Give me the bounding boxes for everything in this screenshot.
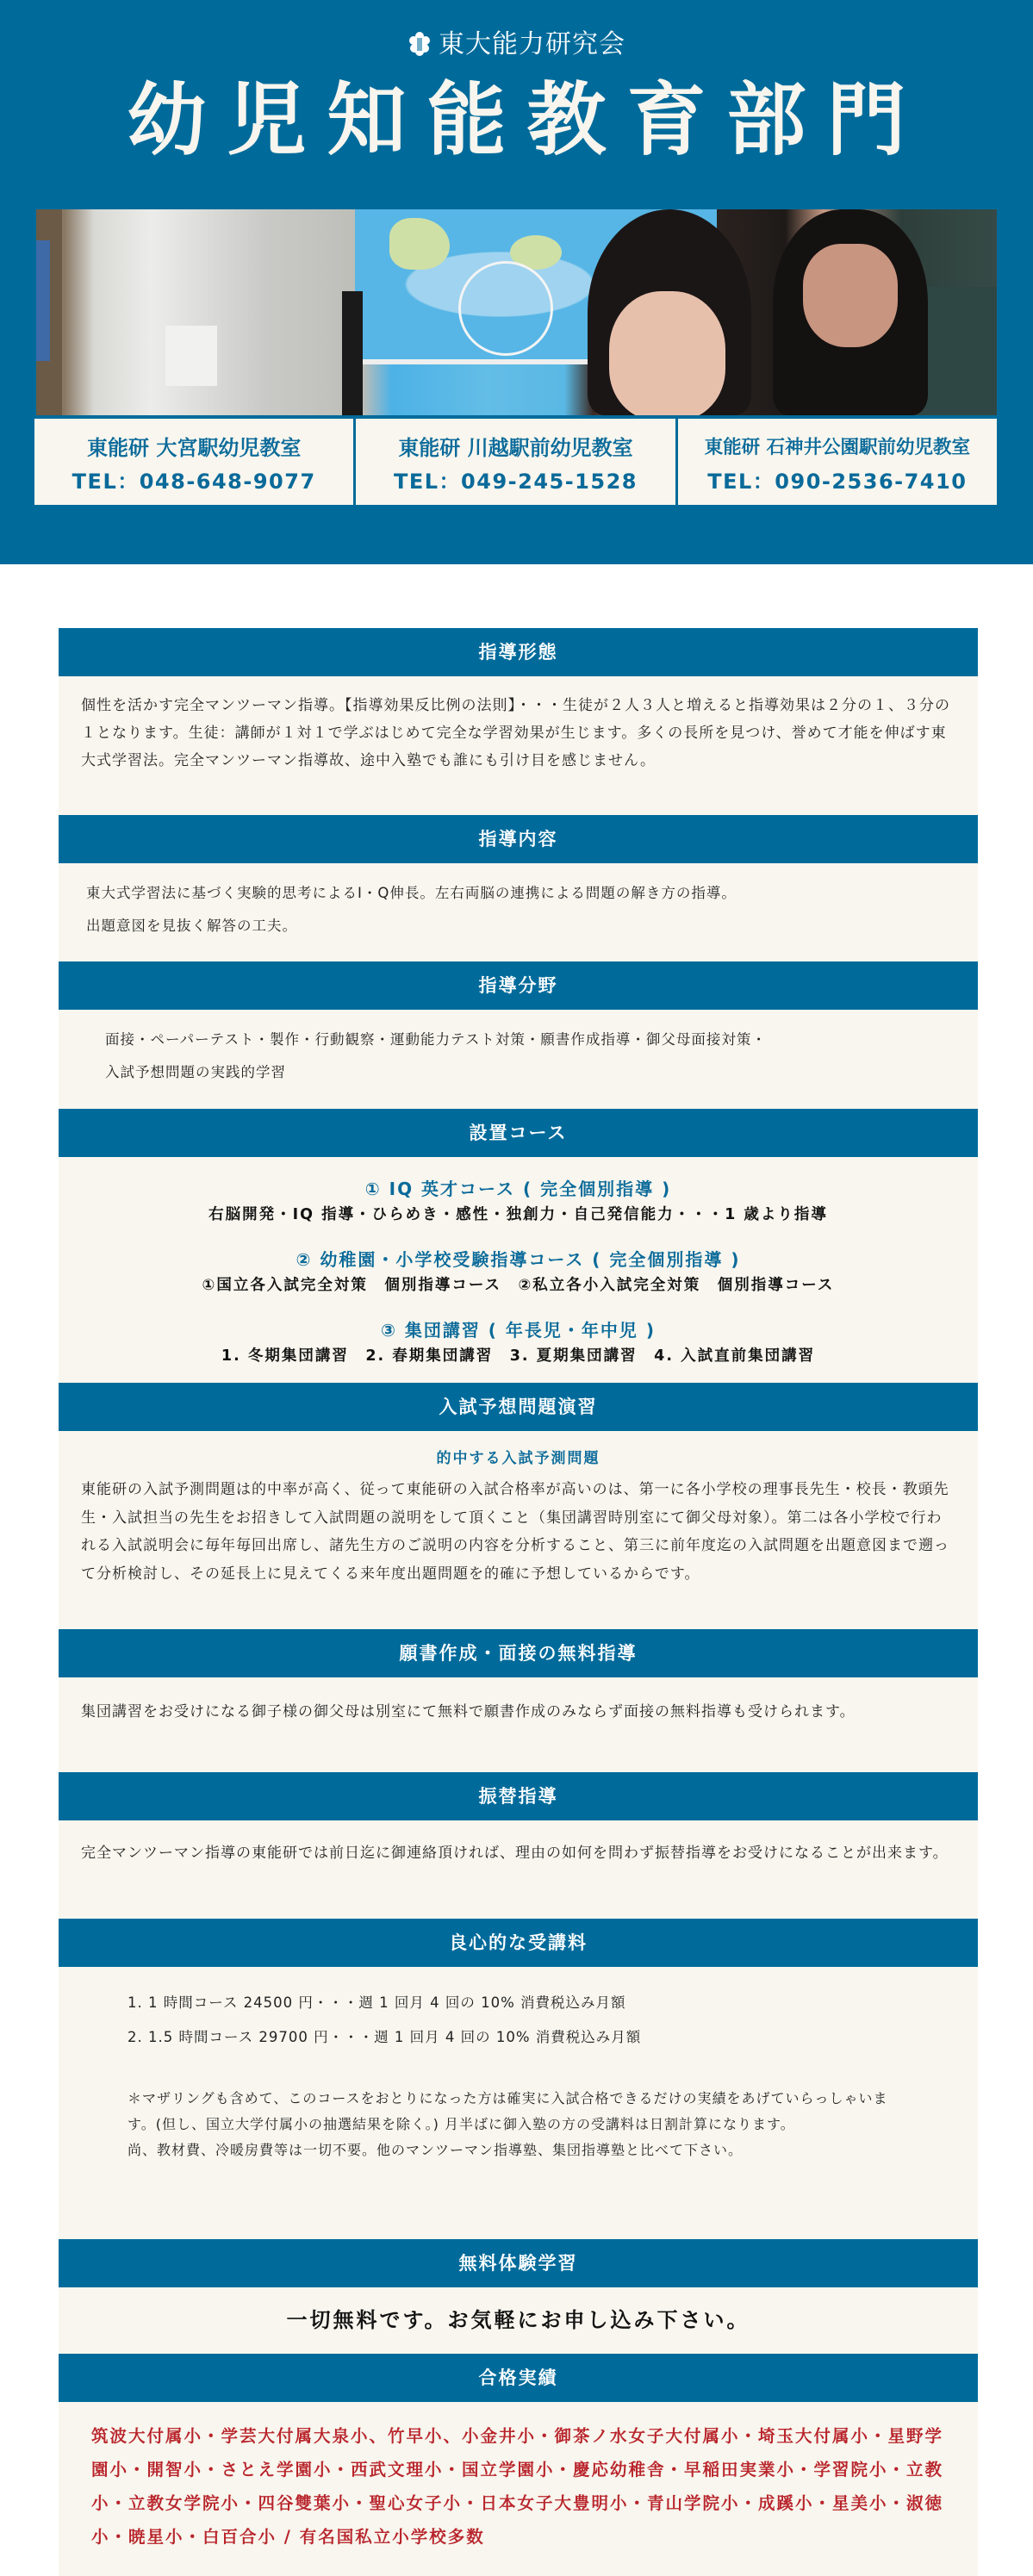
section-teaching-style: 指導形態 個性を活かす完全マンツーマン指導。【指導効果反比例の法則】・・・生徒が… bbox=[59, 628, 978, 815]
section-title: 良心的な受講料 bbox=[59, 1919, 978, 1967]
section-text: 集団講習をお受けになる御子様の御父母は別室にて無料で願書作成のみならず面接の無料… bbox=[81, 1695, 955, 1729]
branch-name: 東能研 石神井公園駅前幼児教室 bbox=[678, 433, 997, 463]
section-text: 出題意図を見抜く解答の工夫。 bbox=[86, 910, 950, 943]
photo-monitor bbox=[342, 291, 363, 415]
section-courses: 設置コース ① IQ 英才コース ( 完全個別指導 ) 右脳開発・IQ 指導・ひ… bbox=[59, 1109, 978, 1383]
branch-card-omiya[interactable]: 東能研 大宮駅幼児教室 TEL：048-648-9077 bbox=[34, 419, 353, 505]
course-title: ② 幼稚園・小学校受験指導コース ( 完全個別指導 ) bbox=[59, 1247, 978, 1272]
course-item: ③ 集団講習 ( 年長児・年中児 ) 1. 冬期集団講習 2. 春期集団講習 3… bbox=[59, 1317, 978, 1369]
fee-notes: ＊マザリングも含めて、このコースをおとりになった方は確実に入試合格できるだけの実… bbox=[128, 2086, 909, 2163]
section-title: 合格実績 bbox=[59, 2354, 978, 2402]
section-text: 東能研の入試予測問題は的中率が高く、従って東能研の入試合格率が高いのは、第一に各… bbox=[81, 1476, 955, 1588]
fee-item: 1. 1 時間コース 24500 円・・・週 1 回月 4 回の 10% 消費税… bbox=[128, 1986, 909, 2020]
section-free-trial: 無料体験学習 一切無料です。お気軽にお申し込み下さい。 bbox=[59, 2239, 978, 2354]
branch-tel[interactable]: TEL：048-648-9077 bbox=[34, 466, 353, 497]
section-text: 面接・ペーパーテスト・製作・行動観察・運動能力テスト対策・願書作成指導・御父母面… bbox=[105, 1024, 931, 1056]
section-title: 指導内容 bbox=[59, 815, 978, 863]
section-title: 入試予想問題演習 bbox=[59, 1383, 978, 1431]
course-title: ③ 集団講習 ( 年長児・年中児 ) bbox=[59, 1317, 978, 1343]
course-description: ①国立各入試完全対策 個別指導コース ②私立各小入試完全対策 個別指導コース bbox=[59, 1272, 978, 1298]
fee-note: 尚、教材費、冷暖房費等は一切不要。他のマンツーマン指導塾、集団指導塾と比べて下さ… bbox=[128, 2137, 909, 2163]
course-description: 右脳開発・IQ 指導・ひらめき・感性・独創力・自己発信能力・・・1 歳より指導 bbox=[59, 1202, 978, 1228]
section-title: 設置コース bbox=[59, 1109, 978, 1157]
course-item: ② 幼稚園・小学校受験指導コース ( 完全個別指導 ) ①国立各入試完全対策 個… bbox=[59, 1247, 978, 1298]
main-content: 指導形態 個性を活かす完全マンツーマン指導。【指導効果反比例の法則】・・・生徒が… bbox=[59, 628, 978, 2576]
section-teaching-content: 指導内容 東大式学習法に基づく実験的思考によるI・Q伸長。左右両脳の連携による問… bbox=[59, 815, 978, 961]
section-teaching-fields: 指導分野 面接・ペーパーテスト・製作・行動観察・運動能力テスト対策・願書作成指導… bbox=[59, 961, 978, 1109]
hero-header: 東大能力研究会 幼児知能教育部門 東能研 大宮駅幼児教室 TEL：048-648… bbox=[0, 0, 1033, 564]
section-text: 完全マンツーマン指導の東能研では前日迄に御連絡頂ければ、理由の如何を問わず振替指… bbox=[81, 1836, 955, 1870]
section-exam-practice: 入試予想問題演習 的中する入試予測問題 東能研の入試予測問題は的中率が高く、従っ… bbox=[59, 1383, 978, 1629]
branch-cards: 東能研 大宮駅幼児教室 TEL：048-648-9077 東能研 川越駅前幼児教… bbox=[34, 419, 997, 505]
photo-teacher bbox=[773, 209, 997, 415]
branch-tel[interactable]: TEL：049-245-1528 bbox=[356, 466, 675, 497]
branch-name: 東能研 川越駅前幼児教室 bbox=[356, 433, 675, 463]
course-item: ① IQ 英才コース ( 完全個別指導 ) 右脳開発・IQ 指導・ひらめき・感性… bbox=[59, 1176, 978, 1228]
course-description: 1. 冬期集団講習 2. 春期集団講習 3. 夏期集団講習 4. 入試直前集団講… bbox=[59, 1343, 978, 1369]
section-makeup-lessons: 振替指導 完全マンツーマン指導の東能研では前日迄に御連絡頂ければ、理由の如何を問… bbox=[59, 1772, 978, 1919]
logo[interactable]: 東大能力研究会 bbox=[0, 22, 1033, 60]
hero-photo bbox=[36, 209, 997, 415]
section-text: 東大式学習法に基づく実験的思考によるI・Q伸長。左右両脳の連携による問題の解き方… bbox=[86, 877, 950, 910]
section-results: 合格実績 筑波大付属小・学芸大付属大泉小、竹早小、小金井小・御茶ノ水女子大付属小… bbox=[59, 2354, 978, 2576]
section-title: 指導分野 bbox=[59, 961, 978, 1010]
section-fees: 良心的な受講料 1. 1 時間コース 24500 円・・・週 1 回月 4 回の… bbox=[59, 1919, 978, 2239]
branch-name: 東能研 大宮駅幼児教室 bbox=[34, 433, 353, 463]
photo-child bbox=[570, 209, 769, 415]
course-title: ① IQ 英才コース ( 完全個別指導 ) bbox=[59, 1176, 978, 1202]
photo-book bbox=[36, 240, 50, 361]
logo-text: 東大能力研究会 bbox=[439, 29, 625, 59]
branch-card-kawagoe[interactable]: 東能研 川越駅前幼児教室 TEL：049-245-1528 bbox=[356, 419, 675, 505]
branch-card-shakujii[interactable]: 東能研 石神井公園駅前幼児教室 TEL：090-2536-7410 bbox=[678, 419, 997, 505]
branch-tel[interactable]: TEL：090-2536-7410 bbox=[678, 466, 997, 497]
fee-item: 2. 1.5 時間コース 29700 円・・・週 1 回月 4 回の 10% 消… bbox=[128, 2020, 909, 2055]
flower-crest-icon bbox=[408, 31, 432, 57]
fee-note: ＊マザリングも含めて、このコースをおとりになった方は確実に入試合格できるだけの実… bbox=[128, 2086, 909, 2137]
section-title: 願書作成・面接の無料指導 bbox=[59, 1629, 978, 1677]
free-trial-message: 一切無料です。お気軽にお申し込み下さい。 bbox=[59, 2287, 978, 2354]
photo-paper bbox=[165, 326, 217, 386]
section-text: 入試予想問題の実践的学習 bbox=[105, 1056, 931, 1089]
section-subtitle: 的中する入試予測問題 bbox=[81, 1445, 955, 1472]
section-text: 個性を活かす完全マンツーマン指導。【指導効果反比例の法則】・・・生徒が２人３人と… bbox=[81, 692, 955, 775]
section-title: 指導形態 bbox=[59, 628, 978, 676]
section-title: 無料体験学習 bbox=[59, 2239, 978, 2287]
section-application-guidance: 願書作成・面接の無料指導 集団講習をお受けになる御子様の御父母は別室にて無料で願… bbox=[59, 1629, 978, 1772]
section-title: 振替指導 bbox=[59, 1772, 978, 1820]
school-list: 筑波大付属小・学芸大付属大泉小、竹早小、小金井小・御茶ノ水女子大付属小・埼玉大付… bbox=[91, 2419, 945, 2554]
page-title: 幼児知能教育部門 bbox=[0, 69, 1033, 172]
